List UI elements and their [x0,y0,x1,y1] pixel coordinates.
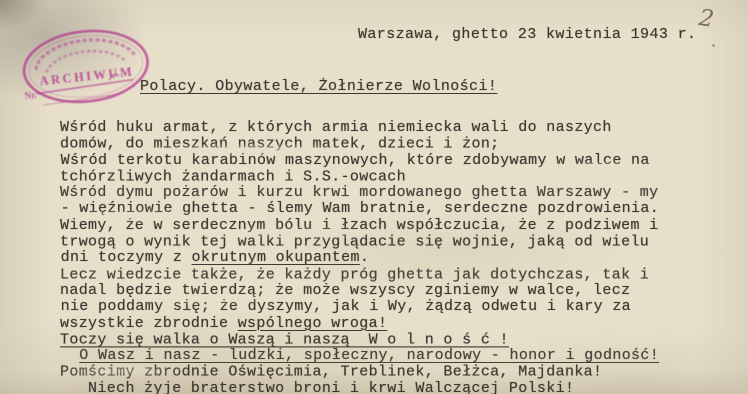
text-segment: Wśród huku armat, z których armia niemie… [60,119,612,136]
text-segment: wszystkie zbrodnie [60,315,238,332]
archive-stamp: ARCHIWUM Nr. [5,4,176,132]
text-segment: Wśród terkotu karabinów maszynowych, któ… [61,152,650,169]
text-segment: - więźniowie ghetta - ślemy Wam bratnie,… [61,200,660,217]
underlined-text-segment: O Wasz i nasz - ludzki, społeczny, narod… [79,347,659,364]
underlined-text-segment: Toczy się walka o Waszą i naszą W o l n … [60,331,509,348]
letter-line: Wśród huku armat, z których armia niemie… [60,120,659,136]
pencil-mark [712,44,715,47]
text-segment: Niech żyje braterstwo broni i krwi Walcz… [60,380,574,394]
letter-line: O Wasz i nasz - ludzki, społeczny, narod… [61,348,660,364]
text-segment: Wśród dymu pożarów i kurzu krwi mordowan… [60,184,659,201]
document-title: Polacy. Obywatele, Żołnierze Wolności! [140,78,497,95]
letter-line: nadal będzie twierdzą; że może wszyscy z… [60,283,659,299]
letter-line: Toczy się walka o Waszą i naszą W o l n … [60,332,659,348]
letter-line: Pomścimy zbrodnie Oświęcimia, Treblinek,… [60,365,659,381]
stamp-nr-label: Nr. [24,90,37,101]
text-segment: domów, do mieszkań naszych matek, dzieci… [60,136,500,153]
letter-line: - więźniowie ghetta - ślemy Wam bratnie,… [61,201,660,217]
handwritten-page-number: 2 [697,5,716,33]
letter-line: trwogą o wynik tej walki przyglądacie si… [60,234,659,250]
letter-line: domów, do mieszkań naszych matek, dzieci… [60,137,659,153]
underlined-text-segment: wspólnego wroga! [238,315,388,332]
letter-line: Wśród dymu pożarów i kurzu krwi mordowan… [60,185,659,201]
letter-line: wszystkie zbrodnie wspólnego wroga! [60,316,659,332]
letter-body: Wśród huku armat, z których armia niemie… [60,120,659,394]
letter-line: Wśród terkotu karabinów maszynowych, któ… [61,153,660,169]
letter-line: nie poddamy się; że dyszymy, jak i Wy, ż… [61,299,660,315]
text-segment: dni toczymy z [61,249,192,266]
letter-line: dni toczymy z okrutnym okupantem. [61,250,660,266]
stamp-archiwum-label: ARCHIWUM [39,64,135,88]
underlined-text-segment: okrutnym okupantem [192,249,360,266]
text-segment: trwogą o wynik tej walki przyglądacie si… [60,233,649,250]
text-segment: nie poddamy się; że dyszymy, jak i Wy, ż… [61,298,631,315]
text-segment: Lecz wiedzcie także, że każdy próg ghett… [60,266,649,283]
text-segment: . [360,249,369,266]
text-segment: tchórzliwych żandarmach i S.S.-owcach [60,168,406,185]
letter-line: Wiemy, że w serdecznym bólu i łzach wspó… [60,218,659,234]
text-segment [61,347,80,364]
text-segment: nadal będzie twierdzą; że może wszyscy z… [60,282,630,299]
text-segment: Wiemy, że w serdecznym bólu i łzach wspó… [60,217,659,234]
date-line: Warszawa, ghetto 23 kwietnia 1943 r. [358,26,696,43]
document-page: ARCHIWUM Nr. 2 Warszawa, ghetto 23 kwiet… [0,0,748,394]
text-segment: Pomścimy zbrodnie Oświęcimia, Treblinek,… [60,364,602,381]
letter-line: Niech żyje braterstwo broni i krwi Walcz… [60,381,659,394]
letter-line: Lecz wiedzcie także, że każdy próg ghett… [60,267,659,283]
